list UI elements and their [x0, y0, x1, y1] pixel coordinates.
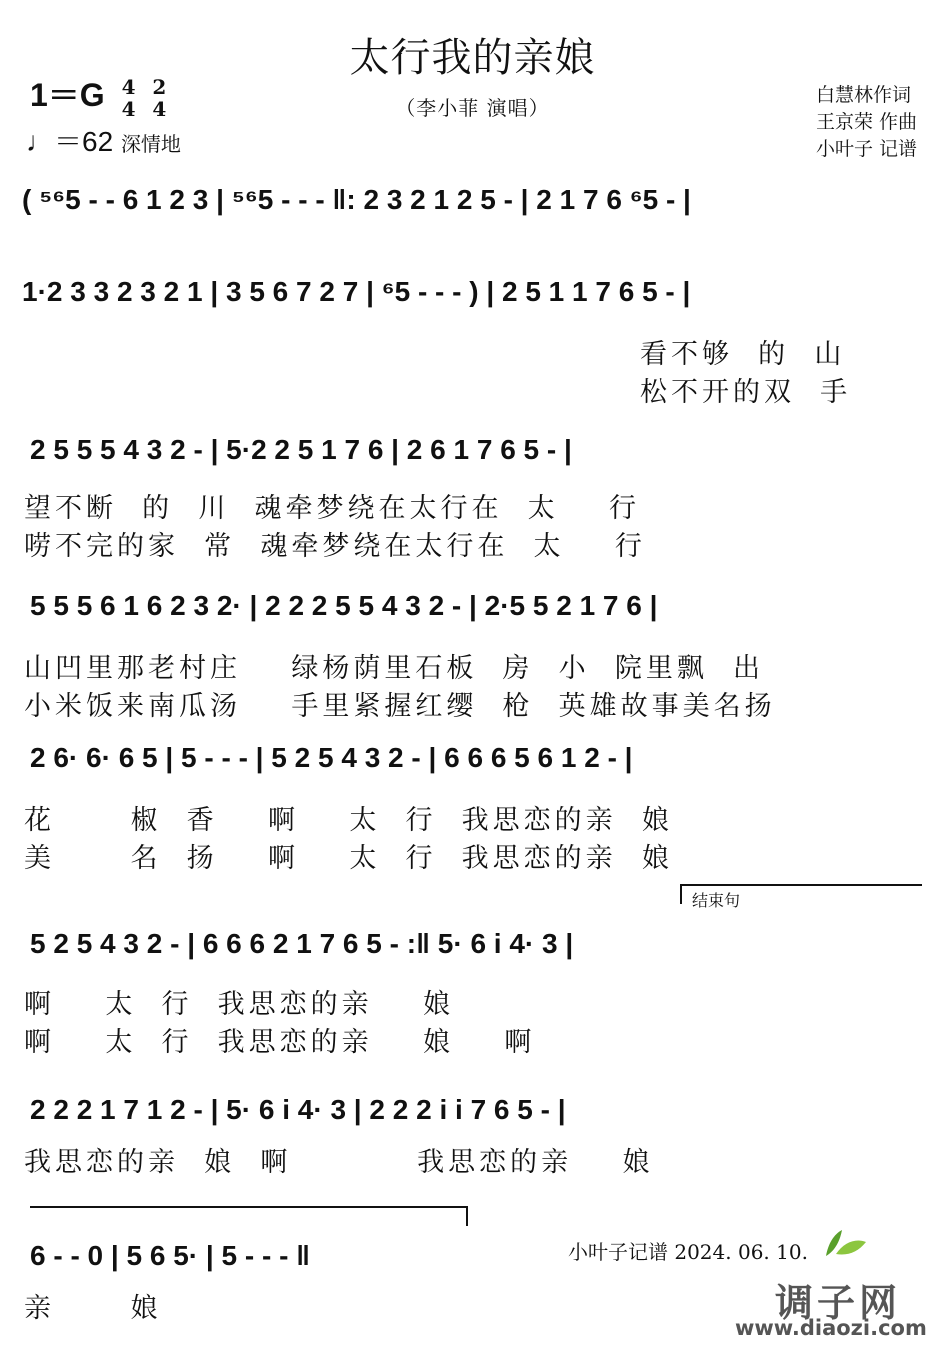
notation-line-4: 5 5 5 6 1 6 2 3 2· | 2 2 2 5 5 4 3 2 - |… [30, 590, 657, 622]
lyric-verse-1: 我思恋的亲 娘 啊 我思恋的亲 娘 [24, 1140, 654, 1179]
key-signature: 1＝G 4 4 2 4 [30, 70, 166, 120]
leaf-icon [822, 1228, 868, 1258]
notation-line-2: 1·2 3 3 2 3 2 1 | 3 5 6 7 2 7 | ⁶5 - - -… [22, 276, 690, 308]
lyric-verse-1: 花 椒 香 啊 太 行 我思恋的亲 娘 [24, 798, 673, 837]
notation-line-8: 6 - - 0 | 5 6 5· | 5 - - - ‖ [30, 1240, 310, 1272]
score-line-2: 1·2 3 3 2 3 2 1 | 3 5 6 7 2 7 | ⁶5 - - -… [0, 262, 945, 412]
notation-line-3: 2 5 5 5 4 3 2 - | 5·2 2 5 1 7 6 | 2 6 1 … [30, 434, 572, 466]
key-label: 1＝G [30, 77, 105, 113]
notation-line-1: ( ⁵⁶5 - - 6 1 2 3 | ⁵⁶5 - - - ‖: 2 3 2 1… [22, 184, 691, 216]
lyric-verse-1: 山凹里那老村庄 绿杨荫里石板 房 小 院里飘 出 [24, 646, 764, 685]
notation-line-7: 2 2 2 1 7 1 2 - | 5· 6 i 4· 3 | 2 2 2 i … [30, 1094, 566, 1126]
transcriber-signature: 小叶子记谱 2024. 06. 10. [568, 1236, 808, 1265]
score-line-6: 结束句 5 2 5 4 3 2 - | 6 6 6 2 1 7 6 5 - :‖… [0, 882, 945, 1062]
score-line-7: 2 2 2 1 7 1 2 - | 5· 6 i 4· 3 | 2 2 2 i … [0, 1072, 945, 1182]
composer-credit: 王京荣 作曲 [816, 109, 917, 136]
time-signature-4-4: 4 4 [122, 76, 136, 120]
score-line-5: 2 6· 6· 6 5 | 5 - - - | 5 2 5 4 3 2 - | … [0, 732, 945, 877]
ending-bracket [30, 1206, 468, 1226]
lyric-verse-1: 啊 太 行 我思恋的亲 娘 [24, 982, 454, 1021]
lyric-verse-2: 美 名 扬 啊 太 行 我思恋的亲 娘 [24, 836, 673, 875]
lyric-verse-1: 亲 娘 [24, 1286, 162, 1325]
lyric-verse-1: 看不够 的 山 [640, 332, 845, 371]
ending-label: 结束句 [692, 888, 740, 911]
tempo-value: ♩＝62 [26, 126, 113, 157]
score-line-4: 5 5 5 6 1 6 2 3 2· | 2 2 2 5 5 4 3 2 - |… [0, 580, 945, 720]
expression-marking: 深情地 [121, 132, 181, 156]
notation-line-5: 2 6· 6· 6 5 | 5 - - - | 5 2 5 4 3 2 - | … [30, 742, 633, 774]
lyric-verse-2: 唠不完的家 常 魂牵梦绕在太行在 太 行 [24, 524, 646, 563]
lyric-verse-2: 松不开的双 手 [640, 370, 851, 409]
lyricist-credit: 白慧林作词 [816, 82, 917, 109]
transcriber-credit: 小叶子 记谱 [816, 136, 917, 163]
lyric-verse-2: 啊 太 行 我思恋的亲 娘 啊 [24, 1020, 535, 1059]
tempo-marking: ♩＝62 深情地 [26, 120, 181, 160]
watermark-url: www.diaozi.com [735, 1316, 927, 1340]
credits: 白慧林作词 王京荣 作曲 小叶子 记谱 [816, 82, 917, 163]
score-line-3: 2 5 5 5 4 3 2 - | 5·2 2 5 1 7 6 | 2 6 1 … [0, 420, 945, 570]
lyric-verse-2: 小米饭来南瓜汤 手里紧握红缨 枪 英雄故事美名扬 [24, 684, 776, 723]
time-signature-2-4: 2 4 [152, 76, 166, 120]
notation-line-6: 5 2 5 4 3 2 - | 6 6 6 2 1 7 6 5 - :‖ 5· … [30, 928, 573, 960]
score-line-1: ( ⁵⁶5 - - 6 1 2 3 | ⁵⁶5 - - - ‖: 2 3 2 1… [0, 170, 945, 240]
lyric-verse-1: 望不断 的 川 魂牵梦绕在太行在 太 行 [24, 486, 640, 525]
